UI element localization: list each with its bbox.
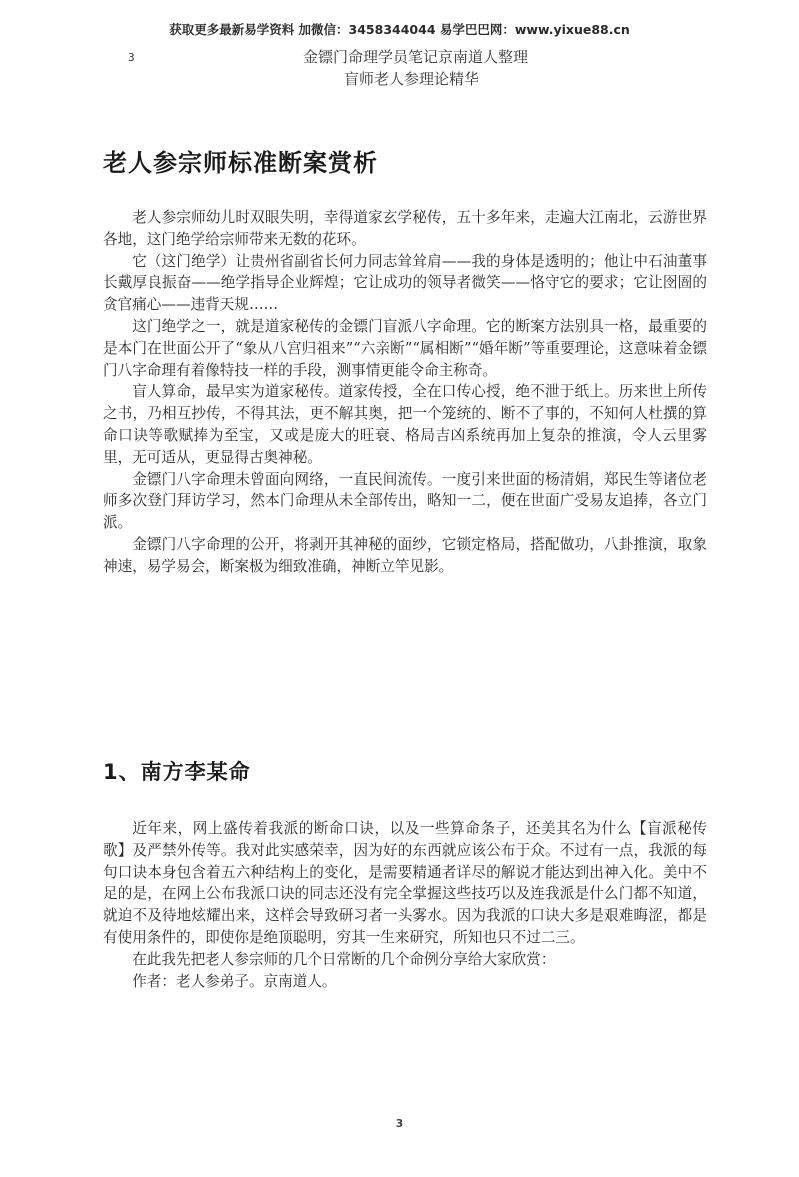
- article-title: 老人参宗师标准断案赏析: [103, 143, 378, 178]
- paragraph: 近年来，网上盛传着我派的断命口诀，以及一些算命条子，还美其名为什么【盲派秘传歌】…: [103, 818, 707, 949]
- section-body: 近年来，网上盛传着我派的断命口诀，以及一些算命条子，还美其名为什么【盲派秘传歌】…: [103, 818, 707, 992]
- page-number-bottom: 3: [0, 1117, 799, 1130]
- paragraph: 它（这门绝学）让贵州省副省长何力同志耸耸肩——我的身体是透明的；他让中石油董事长…: [103, 251, 707, 316]
- paragraph: 金镖门八字命理的公开，将剥开其神秘的面纱，它锁定格局，搭配做功，八卦推演，取象神…: [103, 534, 707, 578]
- article-body: 老人参宗师幼儿时双眼失明，幸得道家玄学秘传，五十多年来，走遍大江南北，云游世界各…: [103, 207, 707, 578]
- section-title: 1、南方李某命: [103, 756, 251, 786]
- running-head-line1: 金镖门命理学员笔记京南道人整理: [0, 46, 799, 67]
- paragraph: 金镖门八字命理未曾面向网络，一直民间流传。一度引来世面的杨清娟，郑民生等诸位老师…: [103, 469, 707, 534]
- paragraph: 在此我先把老人参宗师的几个日常断的几个命例分享给大家欣赏：: [103, 949, 707, 971]
- paragraph: 作者：老人参弟子。京南道人。: [103, 971, 707, 993]
- paragraph: 盲人算命，最早实为道家秘传。道家传授，全在口传心授，绝不泄于纸上。历来世上所传之…: [103, 381, 707, 468]
- paragraph: 老人参宗师幼儿时双眼失明，幸得道家玄学秘传，五十多年来，走遍大江南北，云游世界各…: [103, 207, 707, 251]
- running-head-line2: 盲师老人参理论精华: [0, 68, 799, 89]
- watermark-banner: 获取更多最新易学资料 加微信：3458344044 易学巴巴网：www.yixu…: [0, 20, 799, 38]
- paragraph: 这门绝学之一，就是道家秘传的金镖门盲派八字命理。它的断案方法别具一格，最重要的是…: [103, 316, 707, 381]
